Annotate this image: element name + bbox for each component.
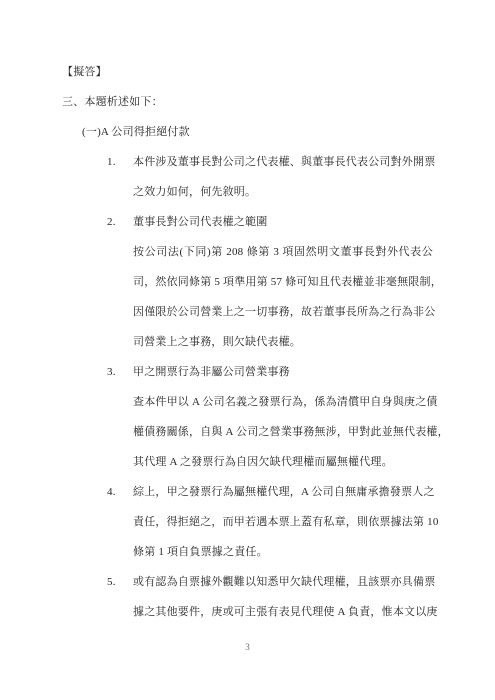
text-line: 司營業上之事務，則欠缺代表權。 bbox=[0, 327, 495, 357]
text-line: 司，然依同條第 5 項準用第 57 條可知且代表權並非毫無限制， bbox=[133, 267, 433, 297]
list-item-5: 5.或有認為自票據外觀難以知悉甲欠缺代理權，且該票亦具備票 bbox=[0, 567, 495, 597]
text-line: 因僅限於公司營業上之一切事務，故若董事長所為之行為非公 bbox=[0, 297, 495, 327]
list-item-1: 1.本件涉及董事長對公司之代表權、與董事長代表公司對外開票 bbox=[0, 147, 495, 177]
text-line: 其代理 A 之發票行為自因欠缺代理權而屬無權代理。 bbox=[0, 447, 495, 477]
text-line: 之效力如何，何先敘明。 bbox=[133, 186, 256, 198]
document-body: 【擬答】 三、本題析述如下： (一)A 公司得拒絕付款 1.本件涉及董事長對公司… bbox=[0, 57, 495, 627]
answer-heading: 【擬答】 bbox=[0, 57, 495, 87]
text-line: 查本件甲以 A 公司名義之發票行為，係為清償甲自身與庚之債 bbox=[133, 387, 433, 417]
text-line: 或有認為自票據外觀難以知悉甲欠缺代理權，且該票亦具備票 bbox=[133, 567, 433, 597]
text-line: 條第 1 項自負票據之責任。 bbox=[0, 537, 495, 567]
subsection-heading: (一)A 公司得拒絕付款 bbox=[0, 117, 495, 147]
item-heading: 甲之開票行為非屬公司營業事務 bbox=[133, 366, 290, 378]
text-line: 按公司法(下同)第 208 條第 3 項固然明文董事長對外代表公 bbox=[133, 237, 433, 267]
item-number: 5. bbox=[107, 567, 133, 597]
text-line: 責任，得拒絕之，而甲若遇本票上蓋有私章，則依票據法第 10 bbox=[133, 507, 433, 537]
text-line: 按公司法(下同)第 208 條第 3 項固然明文董事長對外代表公 bbox=[0, 237, 495, 267]
text-line: 責任，得拒絕之，而甲若遇本票上蓋有私章，則依票據法第 10 bbox=[0, 507, 495, 537]
item-number: 3. bbox=[107, 357, 133, 387]
item-number: 2. bbox=[107, 207, 133, 237]
text-line: 司，然依同條第 5 項準用第 57 條可知且代表權並非毫無限制， bbox=[0, 267, 495, 297]
list-item-3: 3.甲之開票行為非屬公司營業事務 bbox=[0, 357, 495, 387]
text-line: 據之其他要件，庚或可主張有表見代理使 A 負責，惟本文以庚 bbox=[133, 597, 433, 627]
text-line: 查本件甲以 A 公司名義之發票行為，係為清償甲自身與庚之債 bbox=[0, 387, 495, 417]
list-item-4: 4.綜上，甲之發票行為屬無權代理，A 公司自無庸承擔發票人之 bbox=[0, 477, 495, 507]
text-line: 權債務關係，自與 A 公司之營業事務無涉，甲對此並無代表權， bbox=[133, 417, 433, 447]
item-number: 1. bbox=[107, 147, 133, 177]
item-number: 4. bbox=[107, 477, 133, 507]
page-number: 3 bbox=[0, 640, 495, 654]
list-item-2: 2.董事長對公司代表權之範圍 bbox=[0, 207, 495, 237]
section-heading: 三、本題析述如下： bbox=[0, 87, 495, 117]
text-line: 條第 1 項自負票據之責任。 bbox=[133, 546, 268, 558]
item-heading: 董事長對公司代表權之範圍 bbox=[133, 216, 267, 228]
text-line: 本件涉及董事長對公司之代表權、與董事長代表公司對外開票 bbox=[133, 147, 433, 177]
text-line: 權債務關係，自與 A 公司之營業事務無涉，甲對此並無代表權， bbox=[0, 417, 495, 447]
text-line: 據之其他要件，庚或可主張有表見代理使 A 負責，惟本文以庚 bbox=[0, 597, 495, 627]
text-line: 司營業上之事務，則欠缺代表權。 bbox=[133, 336, 301, 348]
document-page: 【擬答】 三、本題析述如下： (一)A 公司得拒絕付款 1.本件涉及董事長對公司… bbox=[0, 0, 495, 700]
text-line: 綜上，甲之發票行為屬無權代理，A 公司自無庸承擔發票人之 bbox=[133, 477, 433, 507]
text-line: 之效力如何，何先敘明。 bbox=[0, 177, 495, 207]
text-line: 其代理 A 之發票行為自因欠缺代理權而屬無權代理。 bbox=[133, 456, 393, 468]
text-line: 因僅限於公司營業上之一切事務，故若董事長所為之行為非公 bbox=[133, 297, 433, 327]
